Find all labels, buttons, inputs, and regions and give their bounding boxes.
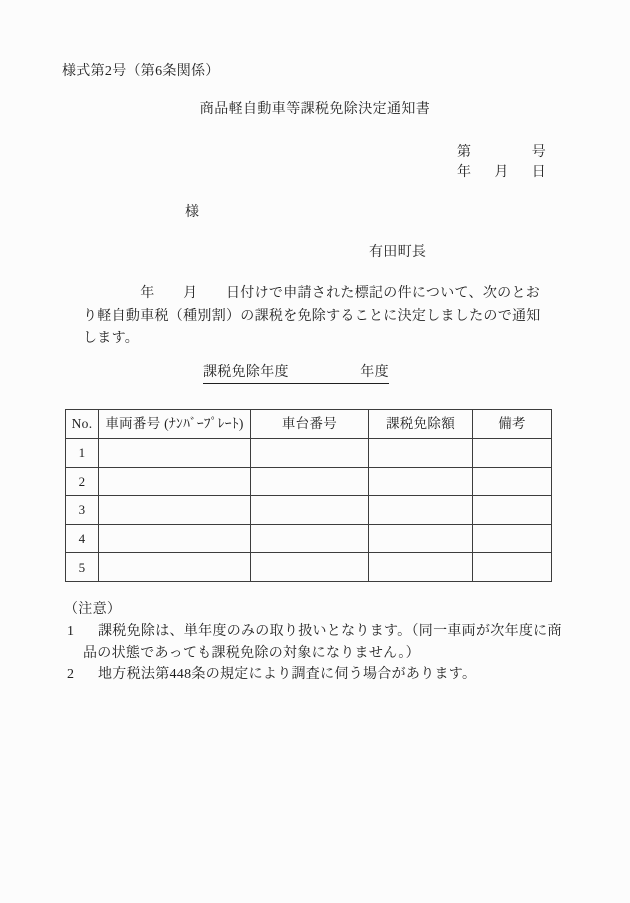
form-number: 様式第2号（第6条関係） [62,65,220,79]
table-row: 2 [66,467,552,496]
table-header-row: No. 車両番号 (ﾅﾝﾊﾞｰﾌﾟﾚｰﾄ) 車台番号 課税免除額 備考 [66,410,552,439]
header-remarks: 備考 [473,410,552,439]
cell-plate-number [99,524,251,553]
note-2-text-line-1: 地方税法第448条の規定により調査に伺う場合があります。 [98,668,476,682]
header-no: No. [66,410,99,439]
date-day-label: 日 [532,166,546,180]
cell-exemption-amount [369,553,473,582]
body-paragraph-line-1: 年 月 日付けで申請された標記の件について、次のとお [83,287,540,301]
table-row: 5 [66,553,552,582]
exemption-table: No. 車両番号 (ﾅﾝﾊﾞｰﾌﾟﾚｰﾄ) 車台番号 課税免除額 備考 1 2 [65,409,552,582]
cell-chassis-number [251,467,369,496]
cell-plate-number [99,439,251,468]
cell-plate-number [99,467,251,496]
notes-heading: （注意） [64,603,121,617]
note-2-number: 2 [67,668,74,682]
body-paragraph-line-2: り軽自動車税（種別割）の課税を免除することに決定しましたので通知 [83,310,541,324]
cell-remarks [473,439,552,468]
table-row: 3 [66,496,552,525]
header-plate-number: 車両番号 (ﾅﾝﾊﾞｰﾌﾟﾚｰﾄ) [99,410,251,439]
document-date-line: 年 月 日 [457,166,546,180]
header-chassis-number: 車台番号 [251,410,369,439]
row-number: 5 [66,553,99,582]
date-year-label: 年 [457,166,471,180]
date-month-label: 月 [494,166,508,180]
cell-remarks [473,524,552,553]
note-1-text-line-1: 課税免除は、単年度のみの取り扱いとなります。（同一車両が次年度に商 [98,625,562,639]
row-number: 4 [66,524,99,553]
cell-plate-number [99,553,251,582]
table-row: 4 [66,524,552,553]
cell-exemption-amount [369,496,473,525]
exemption-table-header: No. 車両番号 (ﾅﾝﾊﾞｰﾌﾟﾚｰﾄ) 車台番号 課税免除額 備考 [66,410,552,439]
table-row: 1 [66,439,552,468]
cell-chassis-number [251,439,369,468]
note-1-number: 1 [67,625,74,639]
header-exemption-amount: 課税免除額 [369,410,473,439]
document-number-line: 第 号 [457,146,546,160]
row-number: 1 [66,439,99,468]
cell-plate-number [99,496,251,525]
document-number-suffix: 号 [532,146,546,160]
document-title: 商品軽自動車等課税免除決定通知書 [0,103,630,117]
fiscal-year-underlined-line: 課税免除年度 年度 [203,366,389,384]
cell-exemption-amount [369,524,473,553]
cell-exemption-amount [369,467,473,496]
document-number-prefix: 第 [457,146,471,160]
cell-remarks [473,553,552,582]
body-paragraph-line-3: します。 [83,332,139,346]
document-page: 様式第2号（第6条関係） 商品軽自動車等課税免除決定通知書 第 号 年 月 日 … [0,0,630,903]
row-number: 2 [66,467,99,496]
row-number: 3 [66,496,99,525]
sender-name: 有田町長 [369,246,426,260]
cell-chassis-number [251,553,369,582]
cell-remarks [473,467,552,496]
note-1-text-line-2: 品の状態であっても課税免除の対象になりません。） [83,647,420,661]
cell-exemption-amount [369,439,473,468]
cell-chassis-number [251,496,369,525]
cell-remarks [473,496,552,525]
cell-chassis-number [251,524,369,553]
exemption-table-body: 1 2 3 4 [66,439,552,582]
addressee-honorific: 様 [185,206,199,220]
